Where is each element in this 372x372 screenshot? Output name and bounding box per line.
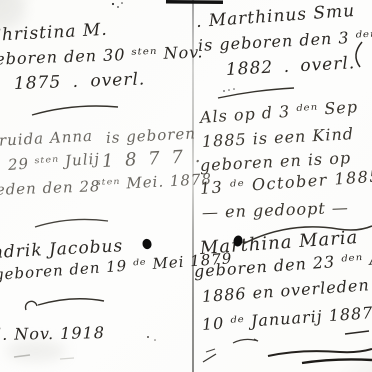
ink-speck bbox=[223, 90, 225, 92]
entry-baptism-line: — en gedoopt — bbox=[202, 200, 349, 221]
entry-death-line: 1886 en overleden bbox=[201, 277, 370, 305]
ink-speck bbox=[228, 89, 230, 91]
register-scan-page: Christina M. geboren den 30 ˢᵗᵉⁿ Nov. 18… bbox=[0, 0, 372, 372]
entry-death-line: 10 ᵈᵉ Januarij 1887 bbox=[201, 305, 372, 333]
entry-year-line: 1 8 7 7 . bbox=[102, 148, 204, 171]
entry-death-line: leden den 28 bbox=[0, 179, 101, 198]
entry-baptism-line: 1885 is een Kind bbox=[202, 126, 355, 150]
flourish-stroke bbox=[206, 349, 215, 352]
scan-edge-bar bbox=[166, 0, 223, 4]
ink-speck bbox=[121, 2, 123, 4]
flourish-stroke bbox=[345, 331, 369, 334]
entry-death-line: ˢᵗᵉⁿ Mei. 1878 bbox=[96, 172, 213, 193]
entry-year-line: 1875 . overl. bbox=[14, 71, 146, 93]
entry-death-line: l. Nov. 1918 bbox=[0, 325, 105, 343]
entry-baptism-line: Als op d 3 ᵈᵉⁿ Sep bbox=[199, 99, 358, 126]
flourish-stroke bbox=[302, 359, 372, 363]
entry-name-line: . Marthinus Smu bbox=[195, 3, 355, 31]
faint-pencil-mark bbox=[60, 358, 74, 359]
flourish-stroke bbox=[233, 339, 258, 343]
ink-speck bbox=[117, 6, 119, 8]
entry-year-line: 1882 . overl. bbox=[226, 55, 356, 79]
entry-name-line: truida Anna bbox=[0, 129, 93, 149]
entry-separator-stroke bbox=[218, 88, 294, 98]
ink-speck bbox=[154, 339, 156, 341]
entry-birth-line: is geboren bbox=[106, 126, 197, 146]
entry-date-line: 29 ˢᵗᵉⁿ Julij bbox=[7, 152, 100, 173]
ink-speck bbox=[147, 336, 149, 338]
flourish-stroke bbox=[203, 354, 216, 362]
entry-birth-line: geboren den 30 ˢᵗᵉⁿ Nov. bbox=[0, 44, 204, 68]
entry-name-line: Christina M. bbox=[0, 22, 108, 45]
entry-birth-line: is geboren den 3 ᵈᵉⁿ bbox=[198, 29, 372, 54]
flourish-stroke bbox=[268, 349, 372, 356]
entry-separator-stroke bbox=[35, 219, 108, 227]
ink-blot bbox=[141, 238, 152, 250]
entry-separator-stroke bbox=[26, 299, 104, 310]
entry-separator-stroke bbox=[32, 106, 118, 115]
ink-speck bbox=[112, 3, 114, 5]
ink-speck bbox=[233, 88, 235, 90]
